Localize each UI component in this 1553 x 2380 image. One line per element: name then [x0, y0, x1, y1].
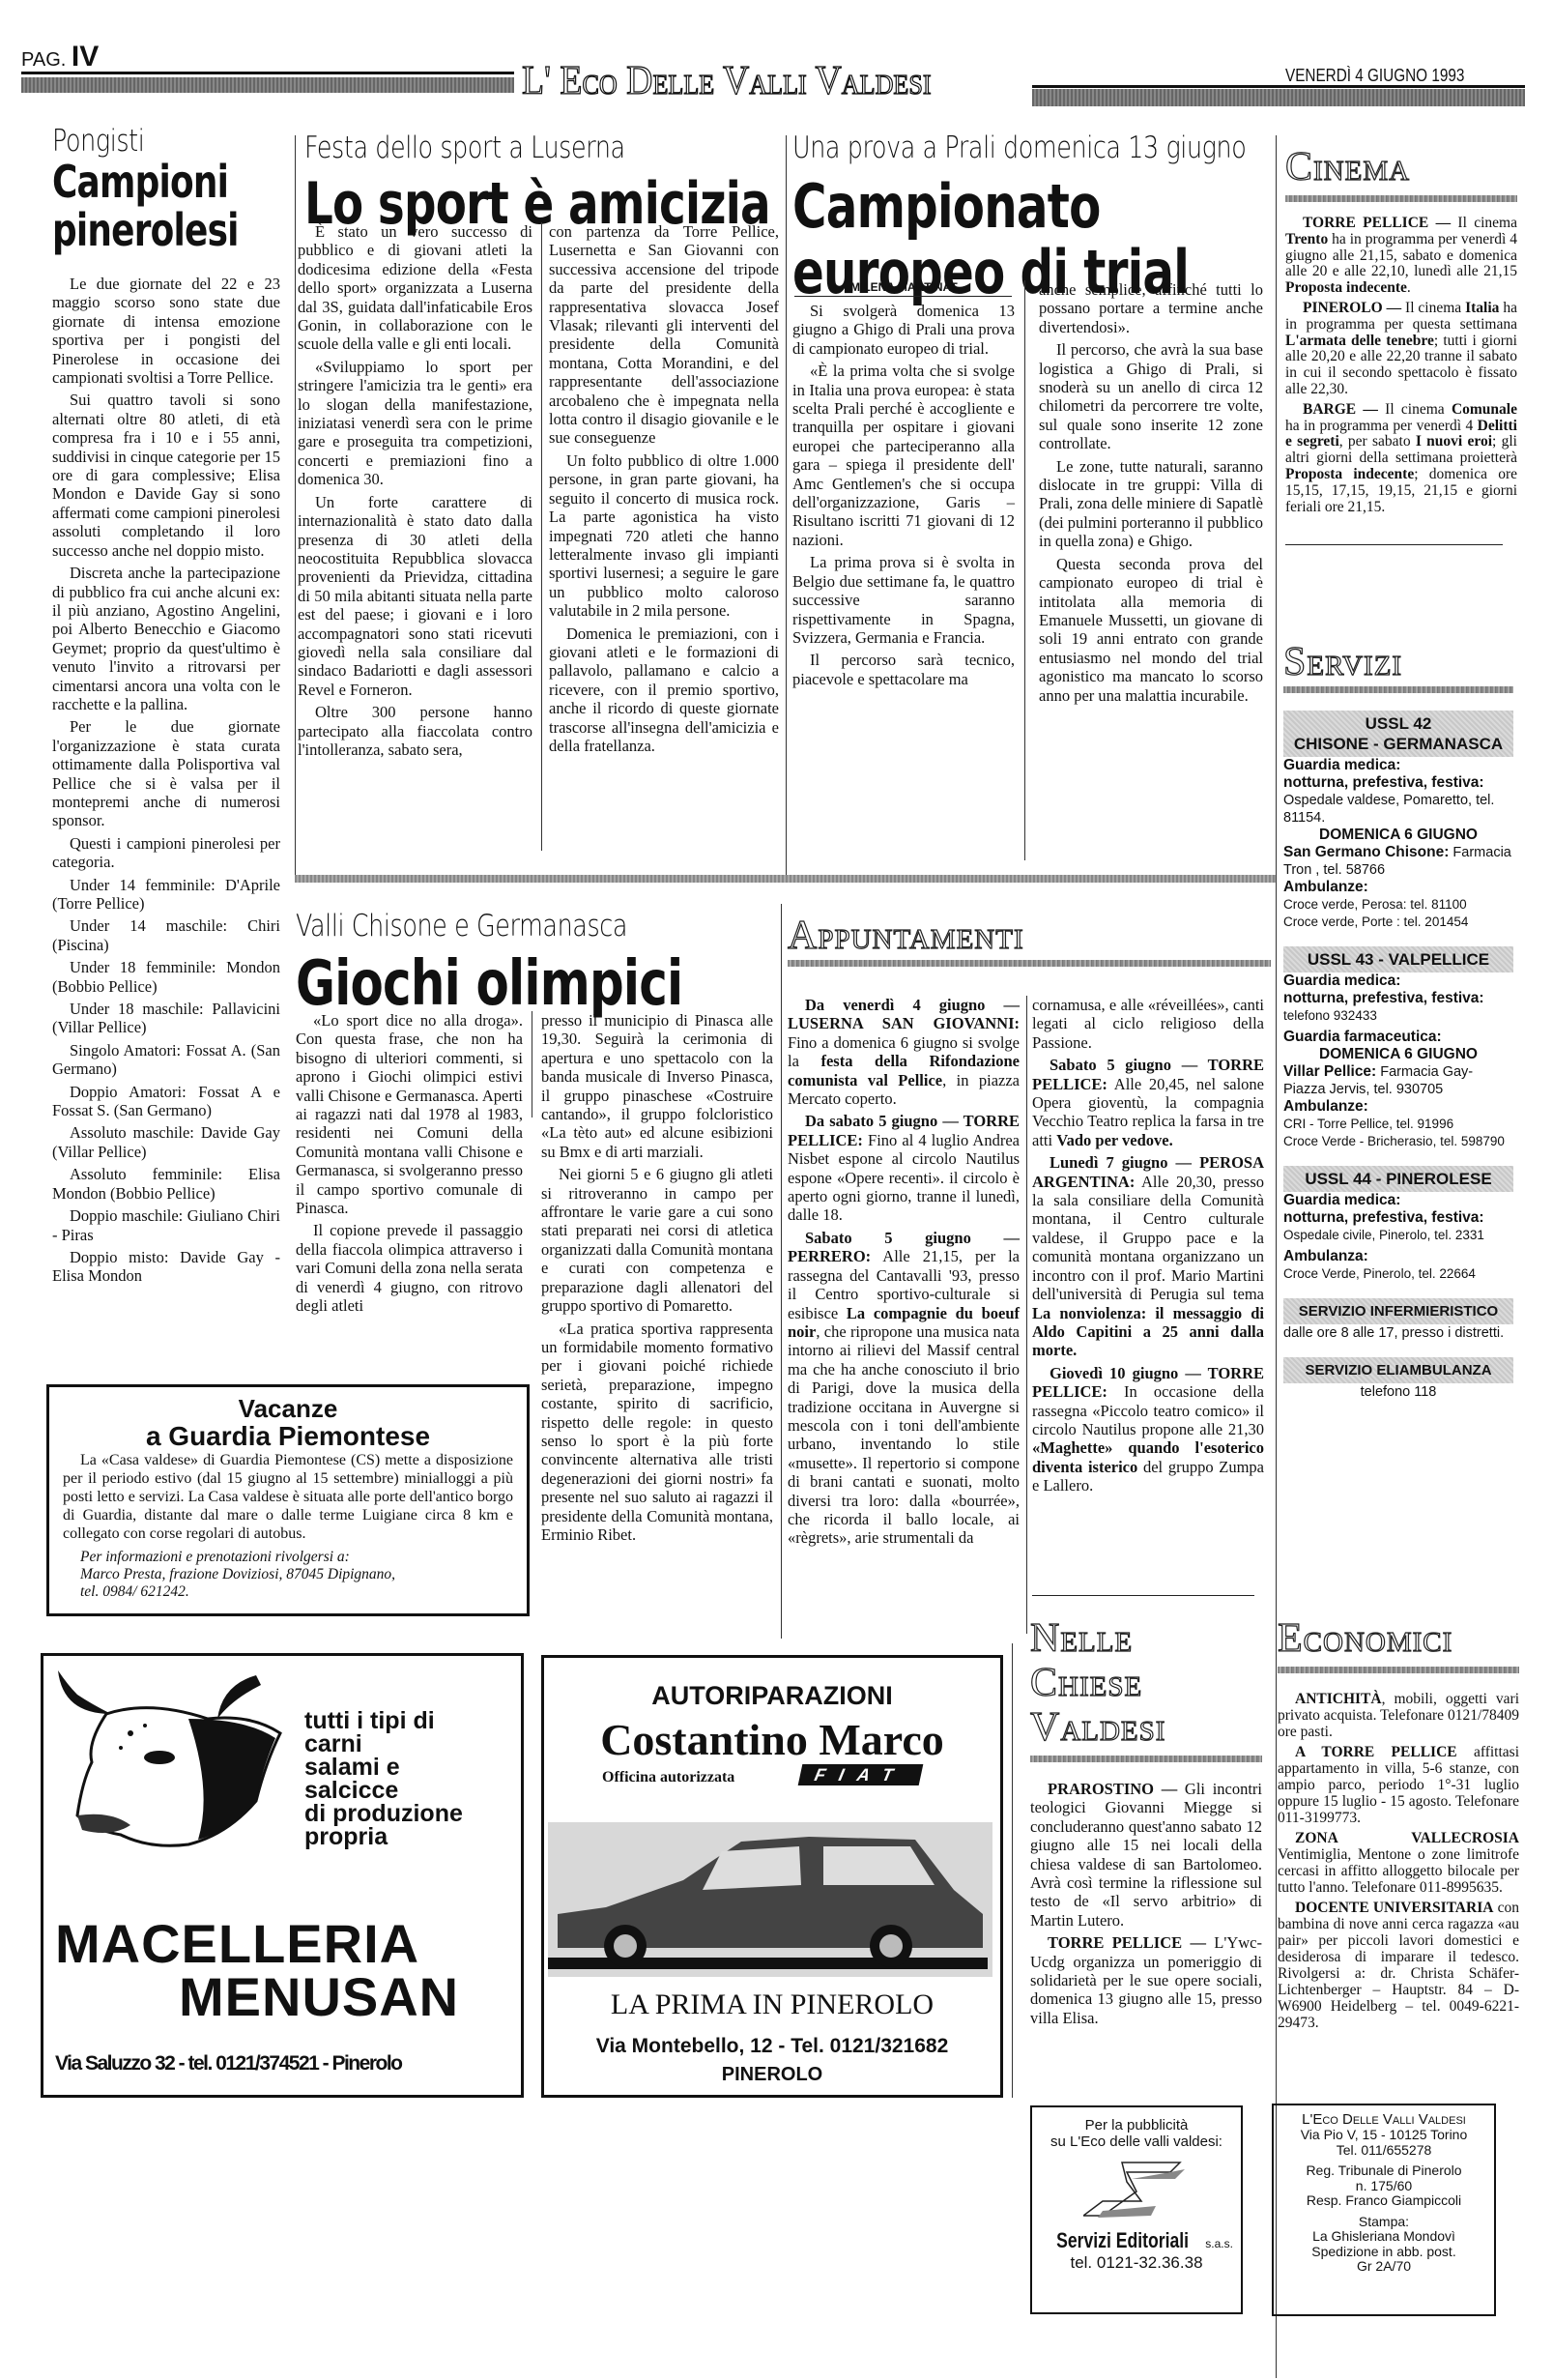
- paragraph: Per le due giornate l'organizzazione è s…: [52, 717, 280, 829]
- paragraph: Le zone, tutte naturali, saranno disloca…: [1039, 457, 1263, 551]
- colophon-line: Gr 2A/70: [1274, 2259, 1494, 2275]
- cinema-listing: TORRE PELLICE — Il cinema Trento ha in p…: [1285, 216, 1517, 297]
- cinema-place: PINEROLO —: [1303, 300, 1401, 316]
- page-number: IV: [72, 41, 99, 73]
- colophon-line: La Ghisleriana Mondovì: [1274, 2229, 1494, 2245]
- ussl-42-header: USSL 42CHISONE - GERMANASCA: [1283, 711, 1513, 757]
- paragraph: «Lo sport dice no alla droga». Con quest…: [296, 1011, 523, 1217]
- kicker: Festa dello sport a Luserna: [304, 131, 693, 165]
- paragraph: Nei giorni 5 e 6 giugno gli atleti si ri…: [541, 1165, 773, 1315]
- eliambulanza-header: SERVIZIO ELIAMBULANZA: [1283, 1357, 1513, 1383]
- ussl-43-info: Guardia medica: notturna, prefestiva, fe…: [1283, 972, 1513, 1150]
- paragraph: Le due giornate del 22 e 23 maggio scors…: [52, 275, 280, 387]
- ussl-42-area: CHISONE - GERMANASCA: [1283, 734, 1513, 754]
- section-bar: [1285, 195, 1517, 202]
- masthead-title: L' Eco Delle Valli Valdesi: [522, 58, 932, 104]
- section-rule: [1032, 1595, 1254, 1596]
- cinema-listings: TORRE PELLICE — Il cinema Trento ha in p…: [1285, 216, 1517, 515]
- page-label: PAG. IV: [21, 41, 99, 73]
- paragraph: «La pratica sportiva rappresenta un form…: [541, 1320, 773, 1545]
- paragraph: Sui quattro tavoli si sono alternati olt…: [52, 391, 280, 560]
- ad-line: Per la pubblicità: [1032, 2117, 1241, 2133]
- paragraph: Un folto pubblico di oltre 1.000 persone…: [549, 451, 779, 621]
- colophon-title: L'Eco Delle Valli Valdesi: [1274, 2111, 1494, 2128]
- economici-listings: ANTICHITÀ, mobili, oggetti vari privato …: [1278, 1691, 1519, 2031]
- colophon-line: Tel. 011/655278: [1274, 2143, 1494, 2159]
- eliambulanza-text: telefono 118: [1283, 1383, 1513, 1401]
- column-divider: [781, 904, 782, 1639]
- ad-autoriparazioni: AUTORIPARAZIONI Costantino Marco Officin…: [541, 1655, 1003, 2098]
- ad-subtitle: Officina autorizzata: [602, 1769, 734, 1786]
- fiat-logo: FIAT: [798, 1764, 924, 1785]
- tagline-line: propria: [304, 1825, 463, 1848]
- paragraph: Questi i campioni pinerolesi per categor…: [52, 834, 280, 872]
- ussl-44-info: Guardia medica: notturna, prefestiva, fe…: [1283, 1192, 1513, 1283]
- article-column-2: presso il municipio di Pinasca alle 19,3…: [541, 1011, 773, 1548]
- masthead: PAG. IV L' Eco Delle Valli Valdesi VENER…: [0, 0, 1553, 116]
- headline-line-1: Campionato: [792, 175, 1169, 239]
- paragraph: Un forte carattere di internazionalità è…: [298, 493, 532, 699]
- ad-city: PINEROLO: [544, 2064, 1000, 2086]
- ussl-42-info: Guardia medica: notturna, prefestiva, fe…: [1283, 757, 1513, 931]
- ad-address: Via Saluzzo 32 - tel. 0121/374521 - Pine…: [55, 2052, 401, 2075]
- column-divider: [532, 1011, 532, 1117]
- company-name: Servizi Editorialis.a.s.: [1032, 2228, 1241, 2253]
- tagline-line: salami e: [304, 1756, 463, 1779]
- label: Villar Pellice:: [1283, 1063, 1376, 1080]
- event-item: Giovedì 10 giugno — TORRE PELLICE: In oc…: [1032, 1364, 1264, 1495]
- result-item: Under 14 maschile: Chiri (Piscina): [52, 916, 280, 954]
- text: CRI - Torre Pellice, tel. 91996: [1283, 1116, 1513, 1133]
- article-column-2: anche semplice, affinché tutti lo possan…: [1039, 280, 1263, 709]
- church-notice: PRAROSTINO — Gli incontri teologici Giov…: [1030, 1780, 1262, 1930]
- article-column-1: È stato un vero successo di pubblico e d…: [298, 222, 532, 763]
- contact-line: Per informazioni e prenotazioni rivolger…: [80, 1549, 513, 1566]
- event-item: Da sabato 5 giugno — TORRE PELLICE: Fino…: [788, 1112, 1020, 1224]
- ad-macelleria-menusan: tutti i tipi di carni salami e salcicce …: [41, 1653, 524, 2098]
- kicker: Pongisti: [52, 124, 240, 159]
- classified-ad: ANTICHITÀ, mobili, oggetti vari privato …: [1278, 1691, 1519, 1740]
- ad-address: Via Montebello, 12 - Tel. 0121/321682: [544, 2035, 1000, 2058]
- kicker: Una prova a Prali domenica 13 giugno: [792, 131, 1189, 165]
- ad-paragraph: La «Casa valdese» di Guardia Piemontese …: [63, 1451, 513, 1543]
- text: Croce Verde - Bricherasio, tel. 598790: [1283, 1133, 1513, 1150]
- ussl-43-header: USSL 43 - VALPELLICE: [1283, 946, 1513, 972]
- paragraph: Discreta anche la partecipazione di pubb…: [52, 564, 280, 713]
- section-title-line-1: Nelle: [1030, 1616, 1262, 1661]
- result-item: Under 18 maschile: Pallavicini (Villar P…: [52, 1000, 280, 1037]
- ad-headline-1: Vacanze: [63, 1395, 513, 1422]
- label: Guardia farmaceutica:: [1283, 1029, 1513, 1046]
- paragraph: Il percorso sarà tecnico, piacevole e sp…: [792, 651, 1015, 688]
- paragraph: «È la prima volta che si svolge in Itali…: [792, 362, 1015, 549]
- result-item: Assoluto femminile: Elisa Mondon (Bobbio…: [52, 1165, 280, 1203]
- section-appuntamenti: Appuntamenti: [788, 914, 1271, 967]
- label: Guardia medica:: [1283, 757, 1513, 774]
- paragraph: Oltre 300 persone hanno partecipato alla…: [298, 703, 532, 759]
- label: Ambulanze:: [1283, 879, 1513, 896]
- tagline-line: carni: [304, 1732, 463, 1756]
- byline: MILENA MARTINAT: [850, 280, 958, 294]
- label: Guardia medica:: [1283, 1192, 1513, 1209]
- text: Croce Verde, Pinerolo, tel. 22664: [1283, 1265, 1513, 1283]
- ad-contact: Per informazioni e prenotazioni rivolger…: [63, 1549, 513, 1601]
- section-cinema: Cinema TORRE PELLICE — Il cinema Trento …: [1285, 145, 1517, 545]
- page-label-text: PAG.: [21, 49, 66, 71]
- section-bar: [788, 960, 1271, 967]
- ad-tagline: tutti i tipi di carni salami e salcicce …: [304, 1709, 463, 1848]
- paragraph: «Sviluppiamo lo sport per stringere l'am…: [298, 358, 532, 489]
- paragraph: La prima prova si è svolta in Belgio due…: [792, 553, 1015, 647]
- ussl-42-title: USSL 42: [1283, 713, 1513, 734]
- section-title: Servizi: [1283, 640, 1513, 684]
- text: telefono 932433: [1283, 1007, 1513, 1025]
- ad-line: su L'Eco delle valli valdesi:: [1032, 2133, 1241, 2150]
- column-divider: [1012, 1643, 1013, 2098]
- colophon-line: Via Pio V, 15 - 10125 Torino: [1274, 2128, 1494, 2143]
- contact-line: Marco Presta, frazione Doviziosi, 87045 …: [80, 1566, 513, 1583]
- date: DOMENICA 6 GIUGNO: [1283, 1046, 1513, 1063]
- text: Croce verde, Perosa: tel. 81100: [1283, 896, 1513, 914]
- company-text: Servizi Editoriali: [1056, 2228, 1189, 2253]
- headline-line-2: pinerolesi: [52, 205, 230, 255]
- ad-vacanze-guardia-piemontese: Vacanze a Guardia Piemontese La «Casa va…: [46, 1384, 530, 1616]
- masthead-bar-right: [1032, 89, 1525, 106]
- section-rule: [1285, 544, 1503, 545]
- colophon: L'Eco Delle Valli Valdesi Via Pio V, 15 …: [1272, 2104, 1496, 2316]
- ad-name-2: MENUSAN: [179, 1965, 459, 2028]
- text: Ospedale valdese, Pomaretto, tel. 81154.: [1283, 792, 1513, 827]
- masthead-bar-left: [21, 77, 514, 93]
- column-divider: [295, 135, 296, 875]
- section-title: Appuntamenti: [788, 914, 1271, 958]
- issue-date: VENERDÌ 4 GIUGNO 1993: [1285, 66, 1464, 86]
- column-divider: [1024, 280, 1025, 860]
- date: DOMENICA 6 GIUGNO: [1283, 827, 1513, 844]
- paragraph: Domenica le premiazioni, con i giovani a…: [549, 624, 779, 756]
- appuntamenti-column-2: cornamusa, e alle «réveillées», canti le…: [1032, 996, 1264, 1499]
- tagline-line: salcicce: [304, 1779, 463, 1802]
- ad-text: La «Casa valdese» di Guardia Piemontese …: [63, 1451, 513, 1543]
- section-servizi: Servizi USSL 42CHISONE - GERMANASCA Guar…: [1283, 640, 1513, 1401]
- infermieristico-header: SERVIZIO INFERMIERISTICO: [1283, 1298, 1513, 1324]
- article-column-1: «Lo sport dice no alla droga». Con quest…: [296, 1011, 523, 1320]
- servizi-editoriali-logo: [1083, 2158, 1190, 2218]
- ad-slogan: LA PRIMA IN PINEROLO: [544, 1988, 1000, 2021]
- article-column-1: Si svolgerà domenica 13 giugno a Ghigo d…: [792, 302, 1015, 692]
- section-title: Cinema: [1285, 145, 1517, 189]
- result-item: Doppio maschile: Giuliano Chiri - Piras: [52, 1206, 280, 1244]
- car-illustration: [548, 1822, 992, 1977]
- article-column-2: con partenza da Torre Pellice, Lusernett…: [549, 222, 779, 759]
- label: Ambulanze:: [1283, 1098, 1513, 1116]
- infermieristico-text: dalle ore 8 alle 17, presso i distretti.: [1283, 1324, 1513, 1342]
- paragraph: anche semplice, affinché tutti lo possan…: [1039, 280, 1263, 336]
- row-divider: [295, 875, 1276, 883]
- label: notturna, prefestiva, festiva:: [1283, 990, 1513, 1007]
- colophon-line: Stampa:: [1274, 2215, 1494, 2230]
- column-divider: [1276, 135, 1277, 2378]
- cinema-text: Il cinema Comunale ha in programma per v…: [1285, 401, 1517, 515]
- classified-ad: DOCENTE UNIVERSITARIA con bambina di nov…: [1278, 1900, 1519, 2031]
- colophon-line: Spedizione in abb. post.: [1274, 2245, 1494, 2260]
- tagline-line: tutti i tipi di: [304, 1709, 463, 1732]
- section-economici: Economici ANTICHITÀ, mobili, oggetti var…: [1278, 1616, 1519, 2035]
- result-item: Singolo Amatori: Fossat A. (San Germano): [52, 1041, 280, 1079]
- event-item: Sabato 5 giugno — TORRE PELLICE: Alle 20…: [1032, 1056, 1264, 1149]
- headline-line-1: Campioni: [52, 159, 230, 205]
- event-item: Sabato 5 giugno — PERRERO: Alle 21,15, p…: [788, 1229, 1020, 1548]
- masthead-rule-left: [21, 72, 514, 74]
- section-title: Economici: [1278, 1616, 1519, 1661]
- section-bar: [1278, 1667, 1519, 1673]
- label: notturna, prefestiva, festiva:: [1283, 774, 1513, 792]
- result-item: Doppio Amatori: Fossat A e Fossat S. (Sa…: [52, 1083, 280, 1120]
- classified-ad: ZONA VALLECROSIA Ventimiglia, Mentone o …: [1278, 1830, 1519, 1896]
- paragraph: presso il municipio di Pinasca alle 19,3…: [541, 1011, 773, 1161]
- cinema-listing: BARGE — Il cinema Comunale ha in program…: [1285, 402, 1517, 516]
- ad-name: Costantino Marco: [544, 1714, 1000, 1765]
- paragraph: cornamusa, e alle «réveillées», canti le…: [1032, 996, 1264, 1052]
- result-item: Under 14 femminile: D'Aprile (Torre Pell…: [52, 876, 280, 914]
- kicker: Valli Chisone e Germanasca: [296, 909, 692, 943]
- ad-headline-2: a Guardia Piemontese: [63, 1422, 513, 1451]
- text: Croce verde, Porte : tel. 201454: [1283, 914, 1513, 931]
- contact-line: tel. 0984/ 621242.: [80, 1583, 513, 1601]
- chiese-listings: PRAROSTINO — Gli incontri teologici Giov…: [1030, 1780, 1262, 2027]
- colophon-line: Resp. Franco Giampiccoli: [1274, 2193, 1494, 2209]
- paragraph: È stato un vero successo di pubblico e d…: [298, 222, 532, 354]
- ad-servizi-editoriali: Per la pubblicità su L'Eco delle valli v…: [1030, 2105, 1243, 2314]
- section-title-line-2: Chiese: [1030, 1661, 1262, 1705]
- label: Guardia medica:: [1283, 972, 1513, 990]
- label: notturna, prefestiva, festiva:: [1283, 1209, 1513, 1227]
- text: Ospedale civile, Pinerolo, tel. 2331: [1283, 1227, 1513, 1244]
- appuntamenti-column-1: Da venerdì 4 giugno — LUSERNA SAN GIOVAN…: [788, 996, 1020, 1552]
- section-chiese-valdesi: Nelle Chiese Valdesi PRAROSTINO — Gli in…: [1030, 1616, 1262, 2031]
- section-bar: [1283, 686, 1513, 693]
- section-title-line-3: Valdesi: [1030, 1705, 1262, 1750]
- colophon-line: Reg. Tribunale di Pinerolo: [1274, 2163, 1494, 2179]
- label: San Germano Chisone:: [1283, 844, 1449, 860]
- paragraph: con partenza da Torre Pellice, Lusernett…: [549, 222, 779, 448]
- paragraph: Il percorso, che avrà la sua base logist…: [1039, 340, 1263, 452]
- column-divider: [541, 222, 542, 851]
- church-notice: TORRE PELLICE — L'Ywc-Ucdg organizza un …: [1030, 1933, 1262, 2027]
- classified-ad: A TORRE PELLICE affittasi appartamento i…: [1278, 1744, 1519, 1826]
- article-giochi-olimpici: Valli Chisone e Germanasca Giochi olimpi…: [296, 909, 779, 1025]
- ussl-44-header: USSL 44 - PINEROLESE: [1283, 1166, 1513, 1192]
- result-item: Under 18 femminile: Mondon (Bobbio Pelli…: [52, 958, 280, 996]
- cinema-place: BARGE —: [1303, 401, 1378, 418]
- event-item: Da venerdì 4 giugno — LUSERNA SAN GIOVAN…: [788, 996, 1020, 1108]
- company-suffix: s.a.s.: [1205, 2237, 1233, 2250]
- column-divider: [1026, 996, 1027, 1634]
- paragraph: Si svolgerà domenica 13 giugno a Ghigo d…: [792, 302, 1015, 358]
- paragraph: Il copione prevede il passaggio della fi…: [296, 1221, 523, 1315]
- paragraph: Questa seconda prova del campionato euro…: [1039, 555, 1263, 705]
- result-item: Doppio misto: Davide Gay - Elisa Mondon: [52, 1248, 280, 1286]
- byline-rule: [794, 296, 1012, 297]
- cinema-place: TORRE PELLICE —: [1303, 215, 1451, 231]
- cinema-listing: PINEROLO — Il cinema Italia ha in progra…: [1285, 301, 1517, 398]
- bull-head-illustration: [53, 1666, 295, 1859]
- colophon-line: n. 175/60: [1274, 2179, 1494, 2194]
- article-body: Le due giornate del 22 e 23 maggio scors…: [52, 275, 280, 1286]
- result-item: Assoluto maschile: Davide Gay (Villar Pe…: [52, 1123, 280, 1161]
- ad-phone: tel. 0121-32.36.38: [1032, 2253, 1241, 2273]
- label: Ambulanza:: [1283, 1248, 1513, 1265]
- colophon-lines: Via Pio V, 15 - 10125 TorinoTel. 011/655…: [1274, 2128, 1494, 2275]
- event-item: Lunedì 7 giugno — PEROSA ARGENTINA: Alle…: [1032, 1153, 1264, 1359]
- article-pongisti: Pongisti Campioni pinerolesi Le due gior…: [52, 124, 280, 1290]
- tagline-line: di produzione: [304, 1802, 463, 1825]
- ad-title: AUTORIPARAZIONI: [544, 1681, 1000, 1711]
- section-bar: [1030, 1756, 1262, 1762]
- column-divider: [786, 135, 787, 875]
